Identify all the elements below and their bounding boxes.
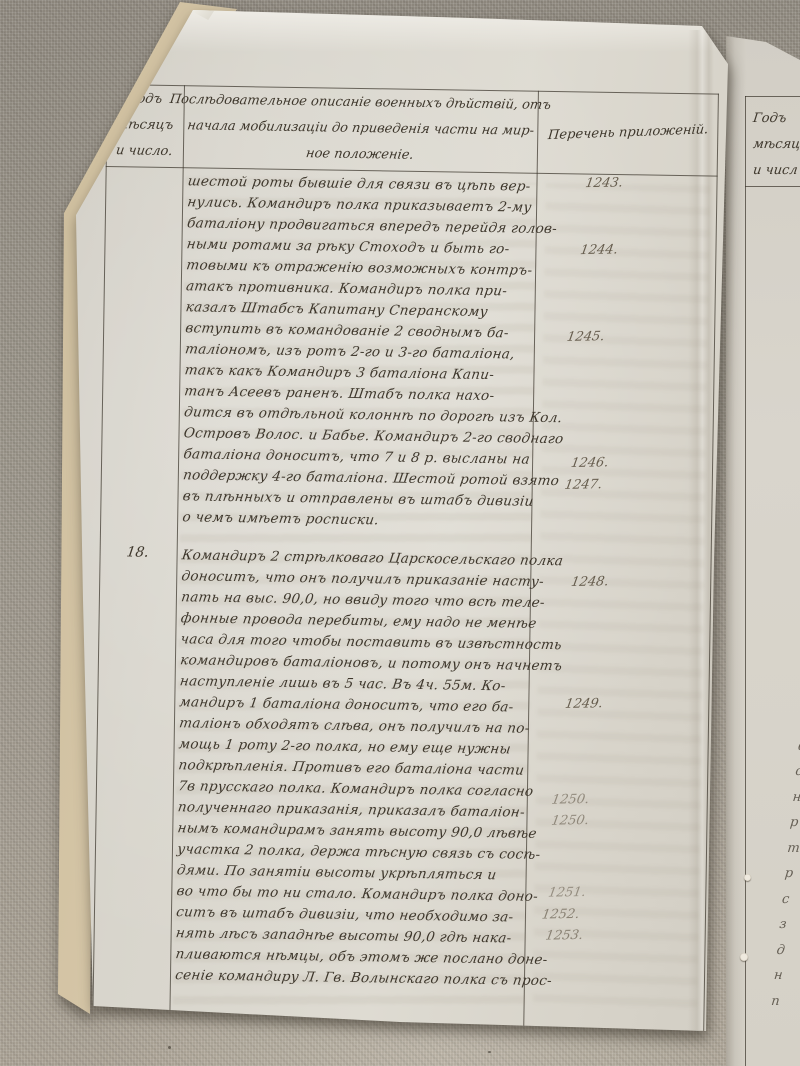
appendix-number: 1253. — [544, 928, 584, 944]
corner-fold-bottom-left — [72, 996, 94, 1012]
entry-1-description: шестой роты бывшіе для связи въ цѣпь вер… — [182, 173, 540, 535]
handwritten-line: сеніе командиру Л. Гв. Волынскаго полка … — [174, 967, 529, 993]
appendix-number: 1245. — [566, 329, 606, 345]
main-page-shadow: Годъ мѣсяцъ и число. Послѣдовательное оп… — [0, 0, 800, 1066]
header-date-line: мѣсяцъ — [115, 112, 174, 139]
appendix-number: 1246. — [570, 455, 610, 471]
main-page: Годъ мѣсяцъ и число. Послѣдовательное оп… — [0, 0, 800, 1066]
appendix-numbers: 1243. 1244. 1245. 1246. 1247. 1248. 1249… — [544, 91, 709, 1037]
entry-2-date: 18. — [99, 544, 177, 561]
photo-of-archival-logbook: { "doc": { "header": { "date_col": ["Год… — [0, 0, 800, 1066]
appendix-number: 1250. — [550, 813, 590, 829]
appendix-number: 1251. — [547, 885, 587, 901]
corner-fold-top-left — [190, 8, 216, 20]
header-date-line: и число. — [114, 138, 174, 165]
fabric-speck — [168, 1046, 171, 1049]
header-date-line: Годъ — [127, 86, 164, 112]
appendix-number: 1250. — [551, 792, 591, 808]
appendix-number: 1252. — [541, 907, 581, 923]
header-description-column: Послѣдовательное описаніе военныхъ дѣйст… — [183, 85, 538, 173]
appendix-number: 1249. — [564, 696, 604, 712]
header-description-line: ное положеніе. — [304, 141, 415, 169]
handwritten-line: о чемъ имѣетъ росписки. — [181, 509, 536, 535]
appendix-number: 1248. — [570, 574, 610, 590]
header-description-line: начала мобилизаціи до приведенія части н… — [185, 113, 535, 144]
fabric-speck — [488, 1051, 491, 1053]
appendix-number: 1244. — [579, 242, 619, 258]
appendix-number: 1243. — [584, 175, 624, 191]
entry-2-description: Командиръ 2 стрѣлковаго Царскосельскаго … — [175, 547, 534, 993]
appendix-number: 1247. — [563, 477, 603, 493]
logbook-table: Годъ мѣсяцъ и число. Послѣдовательное оп… — [92, 84, 719, 1037]
